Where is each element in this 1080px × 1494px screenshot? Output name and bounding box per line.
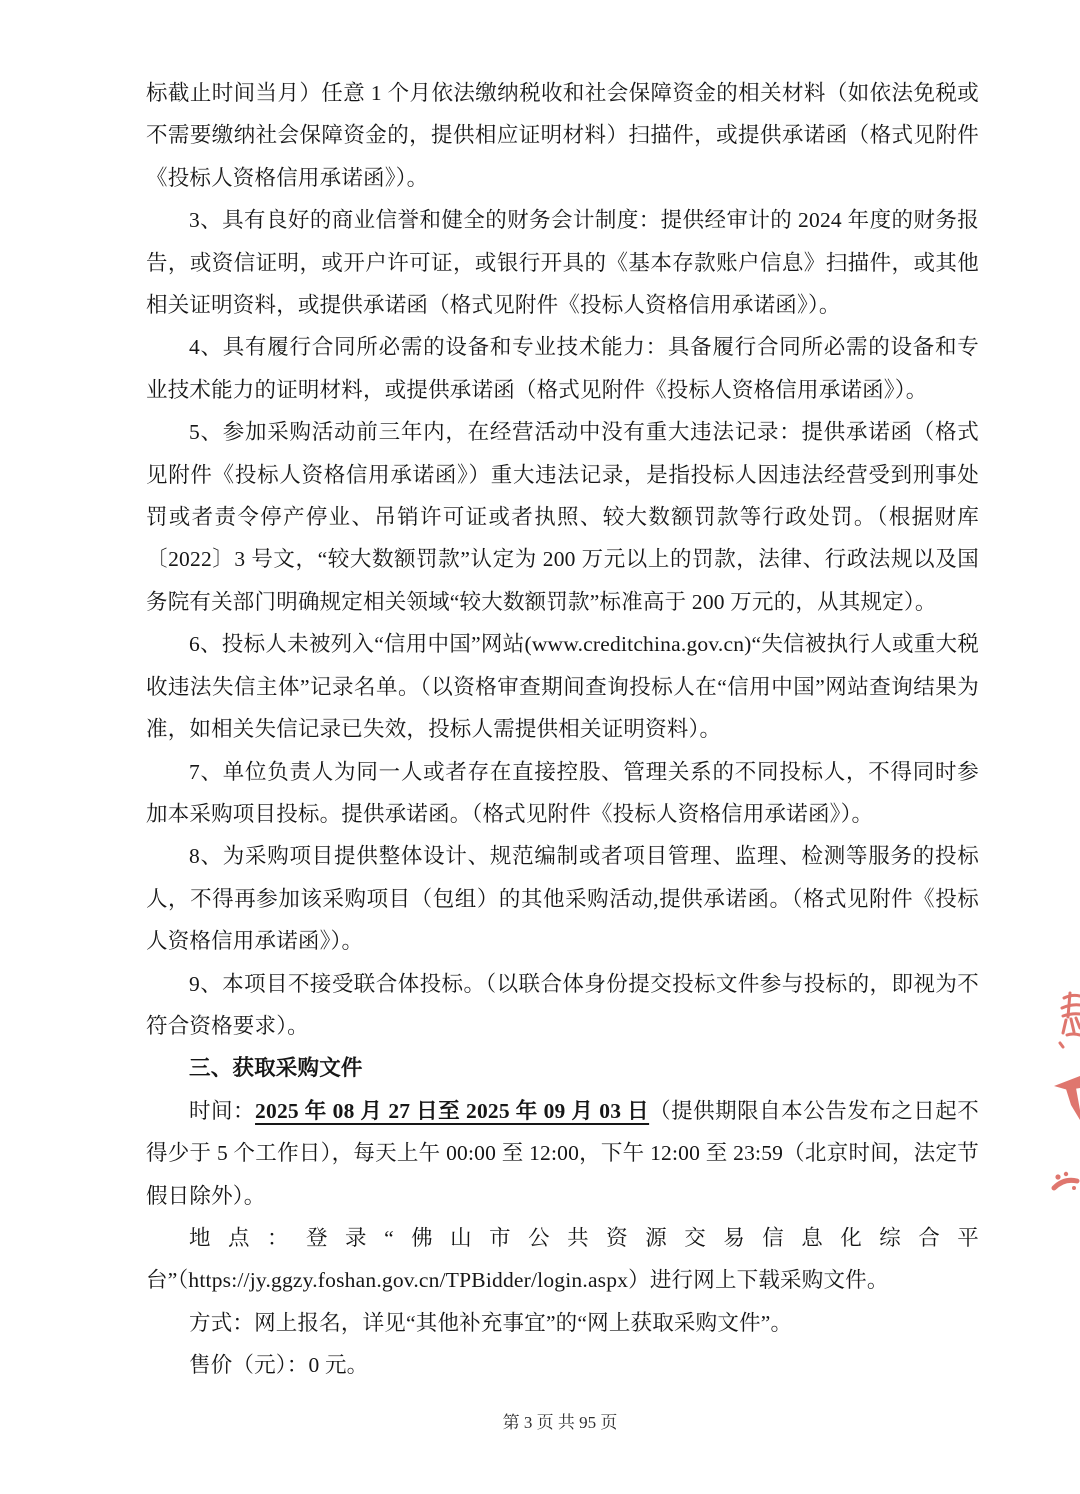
paragraph-place: 地点：登录“佛山市公共资源交易信息化综合平台”（https://jy.ggzy.… [146,1217,979,1302]
paragraph-item-7: 7、单位负责人为同一人或者存在直接控股、管理关系的不同投标人，不得同时参加本采购… [146,751,979,836]
paragraph-item-6: 6、投标人未被列入“信用中国”网站(www.creditchina.gov.cn… [146,623,979,750]
time-label: 时间： [189,1099,255,1123]
section-heading: 三、获取采购文件 [146,1047,979,1089]
document-body: 标截止时间当月）任意 1 个月依法缴纳税收和社会保障资金的相关材料（如依法免税或… [146,72,979,1387]
paragraph-item-4: 4、具有履行合同所必需的设备和专业技术能力：具备履行合同所必需的设备和专业技术能… [146,326,979,411]
paragraph-item-3: 3、具有良好的商业信誉和健全的财务会计制度：提供经审计的 2024 年度的财务报… [146,199,979,326]
paragraph-price: 售价（元）：0 元。 [146,1344,979,1386]
paragraph-time: 时间：2025 年 08 月 27 日至 2025 年 09 月 03 日（提供… [146,1090,979,1217]
time-date-range: 2025 年 08 月 27 日至 2025 年 09 月 03 日 [255,1099,649,1123]
paragraph-item-8: 8、为采购项目提供整体设计、规范编制或者项目管理、监理、检测等服务的投标人，不得… [146,835,979,962]
document-page: 标截止时间当月）任意 1 个月依法缴纳税收和社会保障资金的相关材料（如依法免税或… [0,0,1080,1494]
seal-arrow-fragment [1054,1076,1080,1120]
page-footer: 第 3 页 共 95 页 [20,1410,1080,1436]
red-seal-fragment [1045,985,1080,1215]
paragraph-continuation: 标截止时间当月）任意 1 个月依法缴纳税收和社会保障资金的相关材料（如依法免税或… [146,72,979,199]
paragraph-item-9: 9、本项目不接受联合体投标。（以联合体身份提交投标文件参与投标的，即视为不符合资… [146,963,979,1048]
seal-bottom-fragment [1054,1172,1077,1190]
paragraph-method: 方式：网上报名，详见“其他补充事宜”的“网上获取采购文件”。 [146,1302,979,1344]
seal-character-fragment [1060,993,1080,1047]
paragraph-item-5: 5、参加采购活动前三年内，在经营活动中没有重大违法记录：提供承诺函（格式见附件《… [146,411,979,623]
